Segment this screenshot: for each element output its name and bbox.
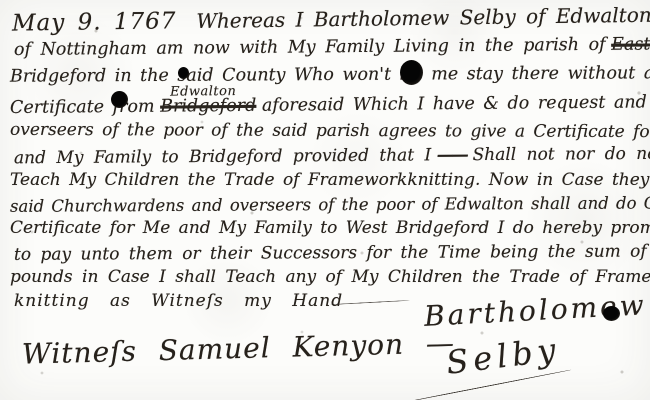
line-text: Teach My Children the Trade of Framework… [10,170,650,190]
manuscript-line-3: Bridgeford in the said County Who won't … [10,65,650,86]
manuscript-line-1: May 9. 1767Whereas I Bartholomew Selby o… [12,1,650,35]
manuscript-page: May 9. 1767Whereas I Bartholomew Selby o… [0,0,650,400]
line-text: knitting as Witneſs my Hand [14,291,343,311]
ink-blot [603,306,620,321]
manuscript-line-6: and My Family to Bridgeford provided tha… [14,146,650,168]
pen-dash: —— [437,145,467,165]
manuscript-line-12: knitting as Witneſs my Hand [14,293,343,310]
ink-blot [111,91,128,108]
line-text: aforesaid Which I have & do request and … [262,92,650,116]
inserted-word: Edwalton [170,85,236,99]
line-text: Bridgeford in the said County Who won't … [10,63,650,86]
line-text: Certificate from [10,97,155,118]
manuscript-line-5: overseers of the poor of the said parish… [10,122,650,141]
line-text: overseers of the poor of the said parish… [10,120,650,142]
line-text: Certificate for Me and My Family to West… [10,218,650,238]
manuscript-line-2: of Nottingham am now with My Family Livi… [14,36,650,60]
line-text: said Churchwardens and overseers of the … [10,193,650,216]
line-text: pounds in Case I shall Teach any of My C… [10,267,650,287]
manuscript-line-7: Teach My Children the Trade of Framework… [10,172,650,189]
line-text: and My Family to Bridgeford provided tha… [14,145,431,168]
manuscript-line-4: Certificate fromEdwaltonBridgefordafores… [10,94,650,117]
correction-group: EdwaltonBridgeford [160,98,256,116]
manuscript-line-8: said Churchwardens and overseers of the … [10,195,650,215]
manuscript-line-11: pounds in Case I shall Teach any of My C… [10,269,650,286]
manuscript-line-10: to pay unto them or their Successors for… [14,243,650,264]
manuscript-line-9: Certificate for Me and My Family to West… [10,220,650,237]
paper-speckles [0,0,2,2]
line-text: Shall not nor do not [473,144,650,165]
struck-word: East [611,34,650,54]
ink-blot [178,67,189,79]
date-text: May 9. 1767 [12,8,177,36]
line-text: to pay unto them or their Successors for… [14,241,650,265]
line-text: Whereas I Bartholomew Selby of Edwalton … [196,0,650,33]
ink-blot [400,60,423,85]
line-text: of Nottingham am now with My Family Livi… [14,35,606,60]
witness-signature: Witneſs Samuel Kenyon — [22,329,456,368]
signature-last-name: Selby [444,333,562,379]
